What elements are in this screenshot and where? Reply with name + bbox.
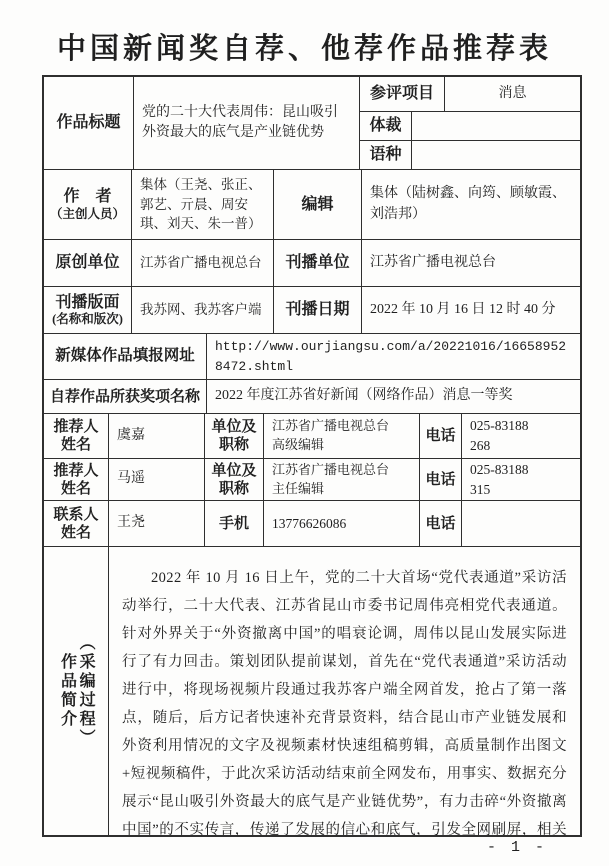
- entry-item-value: 消息: [445, 77, 580, 112]
- recommender1-phone-label: 电话: [420, 414, 462, 459]
- contact-mobile-label: 手机: [205, 501, 264, 547]
- page-number: - 1 -: [487, 839, 547, 856]
- work-title-value: 党的二十大代表周伟：昆山吸引外资最大的底气是产业链优势: [134, 77, 360, 170]
- row-genre: 体裁: [360, 112, 580, 141]
- author-value: 集体（王尧、张正、郭艺、亓晨、周安琪、刘天、朱一普）: [132, 170, 274, 240]
- page-title: 中国新闻奖自荐、他荐作品推荐表: [0, 26, 609, 67]
- award-label: 自荐作品所获奖项名称: [44, 380, 207, 414]
- editor-value: 集体（陆树鑫、向筠、顾敏霞、刘浩邦）: [362, 170, 580, 240]
- intro-text: 2022 年 10 月 16 日上午，党的二十大首场“党代表通道”采访活动举行，…: [109, 547, 580, 835]
- row-author-editor: 作 者 （主创人员） 集体（王尧、张正、郭艺、亓晨、周安琪、刘天、朱一普） 编辑…: [44, 170, 580, 240]
- author-label-line1: 作 者: [63, 187, 111, 206]
- recommender2-phone-value: 025-83188 315: [462, 459, 580, 501]
- award-value: 2022 年度江苏省好新闻（网络作品）消息一等奖: [207, 380, 580, 414]
- row-work-title: 作品标题 党的二十大代表周伟：昆山吸引外资最大的底气是产业链优势 参评项目 消息…: [44, 77, 580, 170]
- row-units: 原创单位 江苏省广播电视总台 刊播单位 江苏省广播电视总台: [44, 240, 580, 287]
- original-unit-label: 原创单位: [44, 240, 132, 287]
- intro-label-vertical: 作品简介 （采编过程）: [58, 634, 94, 748]
- row-recommender-1: 推荐人 姓名 虞嘉 单位及 职称 江苏省广播电视总台 高级编辑 电话 025-8…: [44, 414, 580, 459]
- contact-mobile-value: 13776626086: [264, 501, 420, 547]
- publish-unit-label: 刊播单位: [274, 240, 362, 287]
- entry-item-label: 参评项目: [360, 77, 445, 112]
- intro-label: 作品简介 （采编过程）: [44, 547, 109, 835]
- intro-label-col-left: 作品简介: [58, 653, 76, 729]
- original-unit-value: 江苏省广播电视总台: [132, 240, 274, 287]
- contact-phone-label: 电话: [420, 501, 462, 547]
- media-url-value: http://www.ourjiangsu.com/a/20221016/166…: [207, 334, 580, 380]
- scanned-form-page: 中国新闻奖自荐、他荐作品推荐表 作品标题 党的二十大代表周伟：昆山吸引外资最大的…: [0, 0, 609, 866]
- genre-label: 体裁: [360, 112, 412, 141]
- work-title-label: 作品标题: [44, 77, 134, 170]
- publish-page-value: 我苏网、我苏客户端: [132, 287, 274, 334]
- intro-label-col-right: （采编过程）: [77, 634, 95, 748]
- language-value: [412, 141, 580, 170]
- row-contact: 联系人 姓名 王尧 手机 13776626086 电话: [44, 501, 580, 547]
- contact-role-label: 联系人 姓名: [44, 501, 109, 547]
- row-entry-item: 参评项目 消息: [360, 77, 580, 112]
- recommender1-role-label: 推荐人 姓名: [44, 414, 109, 459]
- contact-name: 王尧: [109, 501, 205, 547]
- publish-page-label-line1: 刊播版面: [55, 293, 119, 312]
- contact-phone-value: [462, 501, 580, 547]
- recommender2-unit-label: 单位及 职称: [205, 459, 264, 501]
- editor-label: 编辑: [274, 170, 362, 240]
- recommender2-phone-label: 电话: [420, 459, 462, 501]
- recommender1-unit-value: 江苏省广播电视总台 高级编辑: [264, 414, 420, 459]
- row-recommender-2: 推荐人 姓名 马遥 单位及 职称 江苏省广播电视总台 主任编辑 电话 025-8…: [44, 459, 580, 501]
- row-page-date: 刊播版面 (名称和版次) 我苏网、我苏客户端 刊播日期 2022 年 10 月 …: [44, 287, 580, 334]
- media-url-label: 新媒体作品填报网址: [44, 334, 207, 380]
- row-media-url: 新媒体作品填报网址 http://www.ourjiangsu.com/a/20…: [44, 334, 580, 380]
- author-label: 作 者 （主创人员）: [44, 170, 132, 240]
- publish-page-label-line2: (名称和版次): [52, 312, 123, 327]
- publish-date-label: 刊播日期: [274, 287, 362, 334]
- recommender2-name: 马遥: [109, 459, 205, 501]
- recommender1-unit-label: 单位及 职称: [205, 414, 264, 459]
- entry-info-block: 参评项目 消息 体裁 语种: [360, 77, 580, 170]
- row-award: 自荐作品所获奖项名称 2022 年度江苏省好新闻（网络作品）消息一等奖: [44, 380, 580, 414]
- genre-value: [412, 112, 580, 141]
- publish-date-value: 2022 年 10 月 16 日 12 时 40 分: [362, 287, 580, 334]
- recommender2-role-label: 推荐人 姓名: [44, 459, 109, 501]
- language-label: 语种: [360, 141, 412, 170]
- recommender1-name: 虞嘉: [109, 414, 205, 459]
- row-language: 语种: [360, 141, 580, 170]
- author-label-line2: （主创人员）: [50, 207, 125, 222]
- publish-page-label: 刊播版面 (名称和版次): [44, 287, 132, 334]
- recommender2-unit-value: 江苏省广播电视总台 主任编辑: [264, 459, 420, 501]
- recommendation-form-table: 作品标题 党的二十大代表周伟：昆山吸引外资最大的底气是产业链优势 参评项目 消息…: [42, 75, 582, 837]
- row-intro: 作品简介 （采编过程） 2022 年 10 月 16 日上午，党的二十大首场“党…: [44, 547, 580, 835]
- recommender1-phone-value: 025-83188 268: [462, 414, 580, 459]
- publish-unit-value: 江苏省广播电视总台: [362, 240, 580, 287]
- intro-body: 2022 年 10 月 16 日上午，党的二十大首场“党代表通道”采访活动举行，…: [109, 547, 580, 835]
